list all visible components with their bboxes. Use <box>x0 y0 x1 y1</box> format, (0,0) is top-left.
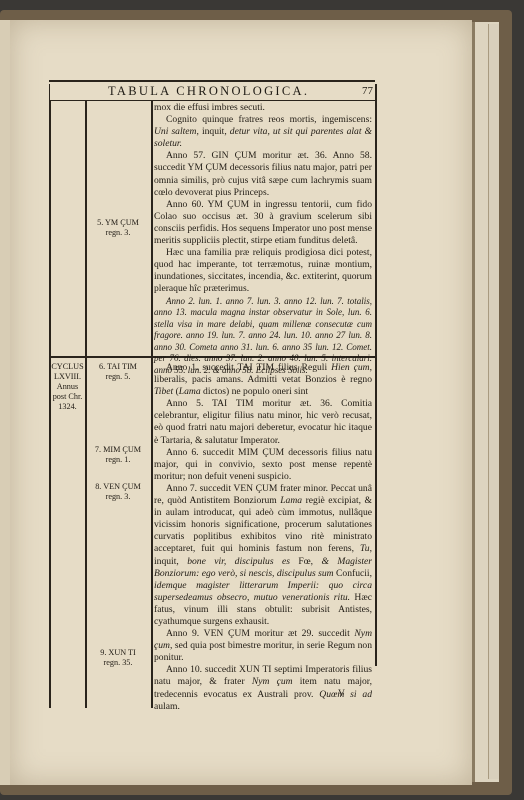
emperor-name: 5. YM ÇUM <box>87 218 149 228</box>
page-number: 77 <box>362 85 373 97</box>
emperor-reign: regn. 3. <box>87 492 149 502</box>
emperor-name: 9. XUN TI <box>87 648 149 658</box>
running-title: TABULA CHRONOLOGICA. <box>108 84 309 99</box>
cycle-line: Annus <box>50 382 85 392</box>
paragraph: Cognito quinque fratres reos mortis, ing… <box>154 114 372 150</box>
paragraph: Anno 60. YM ÇUM in ingressu tentorii, cu… <box>154 199 372 247</box>
section-2-text: Anno 1. succedit TAI TIM filius Reguli H… <box>154 362 372 713</box>
emperor-reign: regn. 35. <box>87 658 149 668</box>
column-rule-mid <box>85 100 87 708</box>
emperor-label: 6. TAI TIM regn. 5. <box>87 362 149 382</box>
emperor-name: 6. TAI TIM <box>87 362 149 372</box>
emperor-label: 5. YM ÇUM regn. 3. <box>87 218 149 238</box>
paragraph: Anno 9. VEN ÇUM moritur æt 29. succedit … <box>154 628 372 664</box>
cycle-line: 1324. <box>50 402 85 412</box>
emperor-name: 8. VEN ÇUM <box>87 482 149 492</box>
paragraph: mox die effusi imbres secuti. <box>154 102 372 114</box>
cycle-line: LXVIII. <box>50 372 85 382</box>
cycle-line: post Chr. <box>50 392 85 402</box>
paragraph: Anno 7. succedit VEN ÇUM frater minor. P… <box>154 483 372 628</box>
emperor-label: 7. MIM ÇUM regn. 1. <box>87 445 149 465</box>
section-1-text: mox die effusi imbres secuti. Cognito qu… <box>154 102 372 377</box>
signature-mark: V <box>338 688 345 699</box>
emperor-label: 8. VEN ÇUM regn. 3. <box>87 482 149 502</box>
column-rule-right <box>375 84 377 666</box>
paragraph: Anno 1. succedit TAI TIM filius Reguli H… <box>154 362 372 398</box>
page-stack-edge-inner <box>488 24 499 779</box>
emperor-name: 7. MIM ÇUM <box>87 445 149 455</box>
paragraph: Anno 57. GIN ÇUM moritur æt. 36. Anno 58… <box>154 150 372 198</box>
paragraph: Anno 5. TAI TIM moritur æt. 36. Comitia … <box>154 398 372 446</box>
column-rule-text <box>151 100 153 708</box>
emperor-reign: regn. 1. <box>87 455 149 465</box>
paragraph: Anno 6. succedit MIM ÇUM decessoris fili… <box>154 447 372 483</box>
emperor-label: 9. XUN TI regn. 35. <box>87 648 149 668</box>
emperor-reign: regn. 3. <box>87 228 149 238</box>
cycle-label: CYCLUS LXVIII. Annus post Chr. 1324. <box>50 362 85 412</box>
cycle-line: CYCLUS <box>50 362 85 372</box>
running-header: TABULA CHRONOLOGICA. 77 <box>49 84 377 101</box>
paragraph: Hæc una familia præ reliquis prodigiosa … <box>154 247 372 295</box>
emperor-reign: regn. 5. <box>87 372 149 382</box>
